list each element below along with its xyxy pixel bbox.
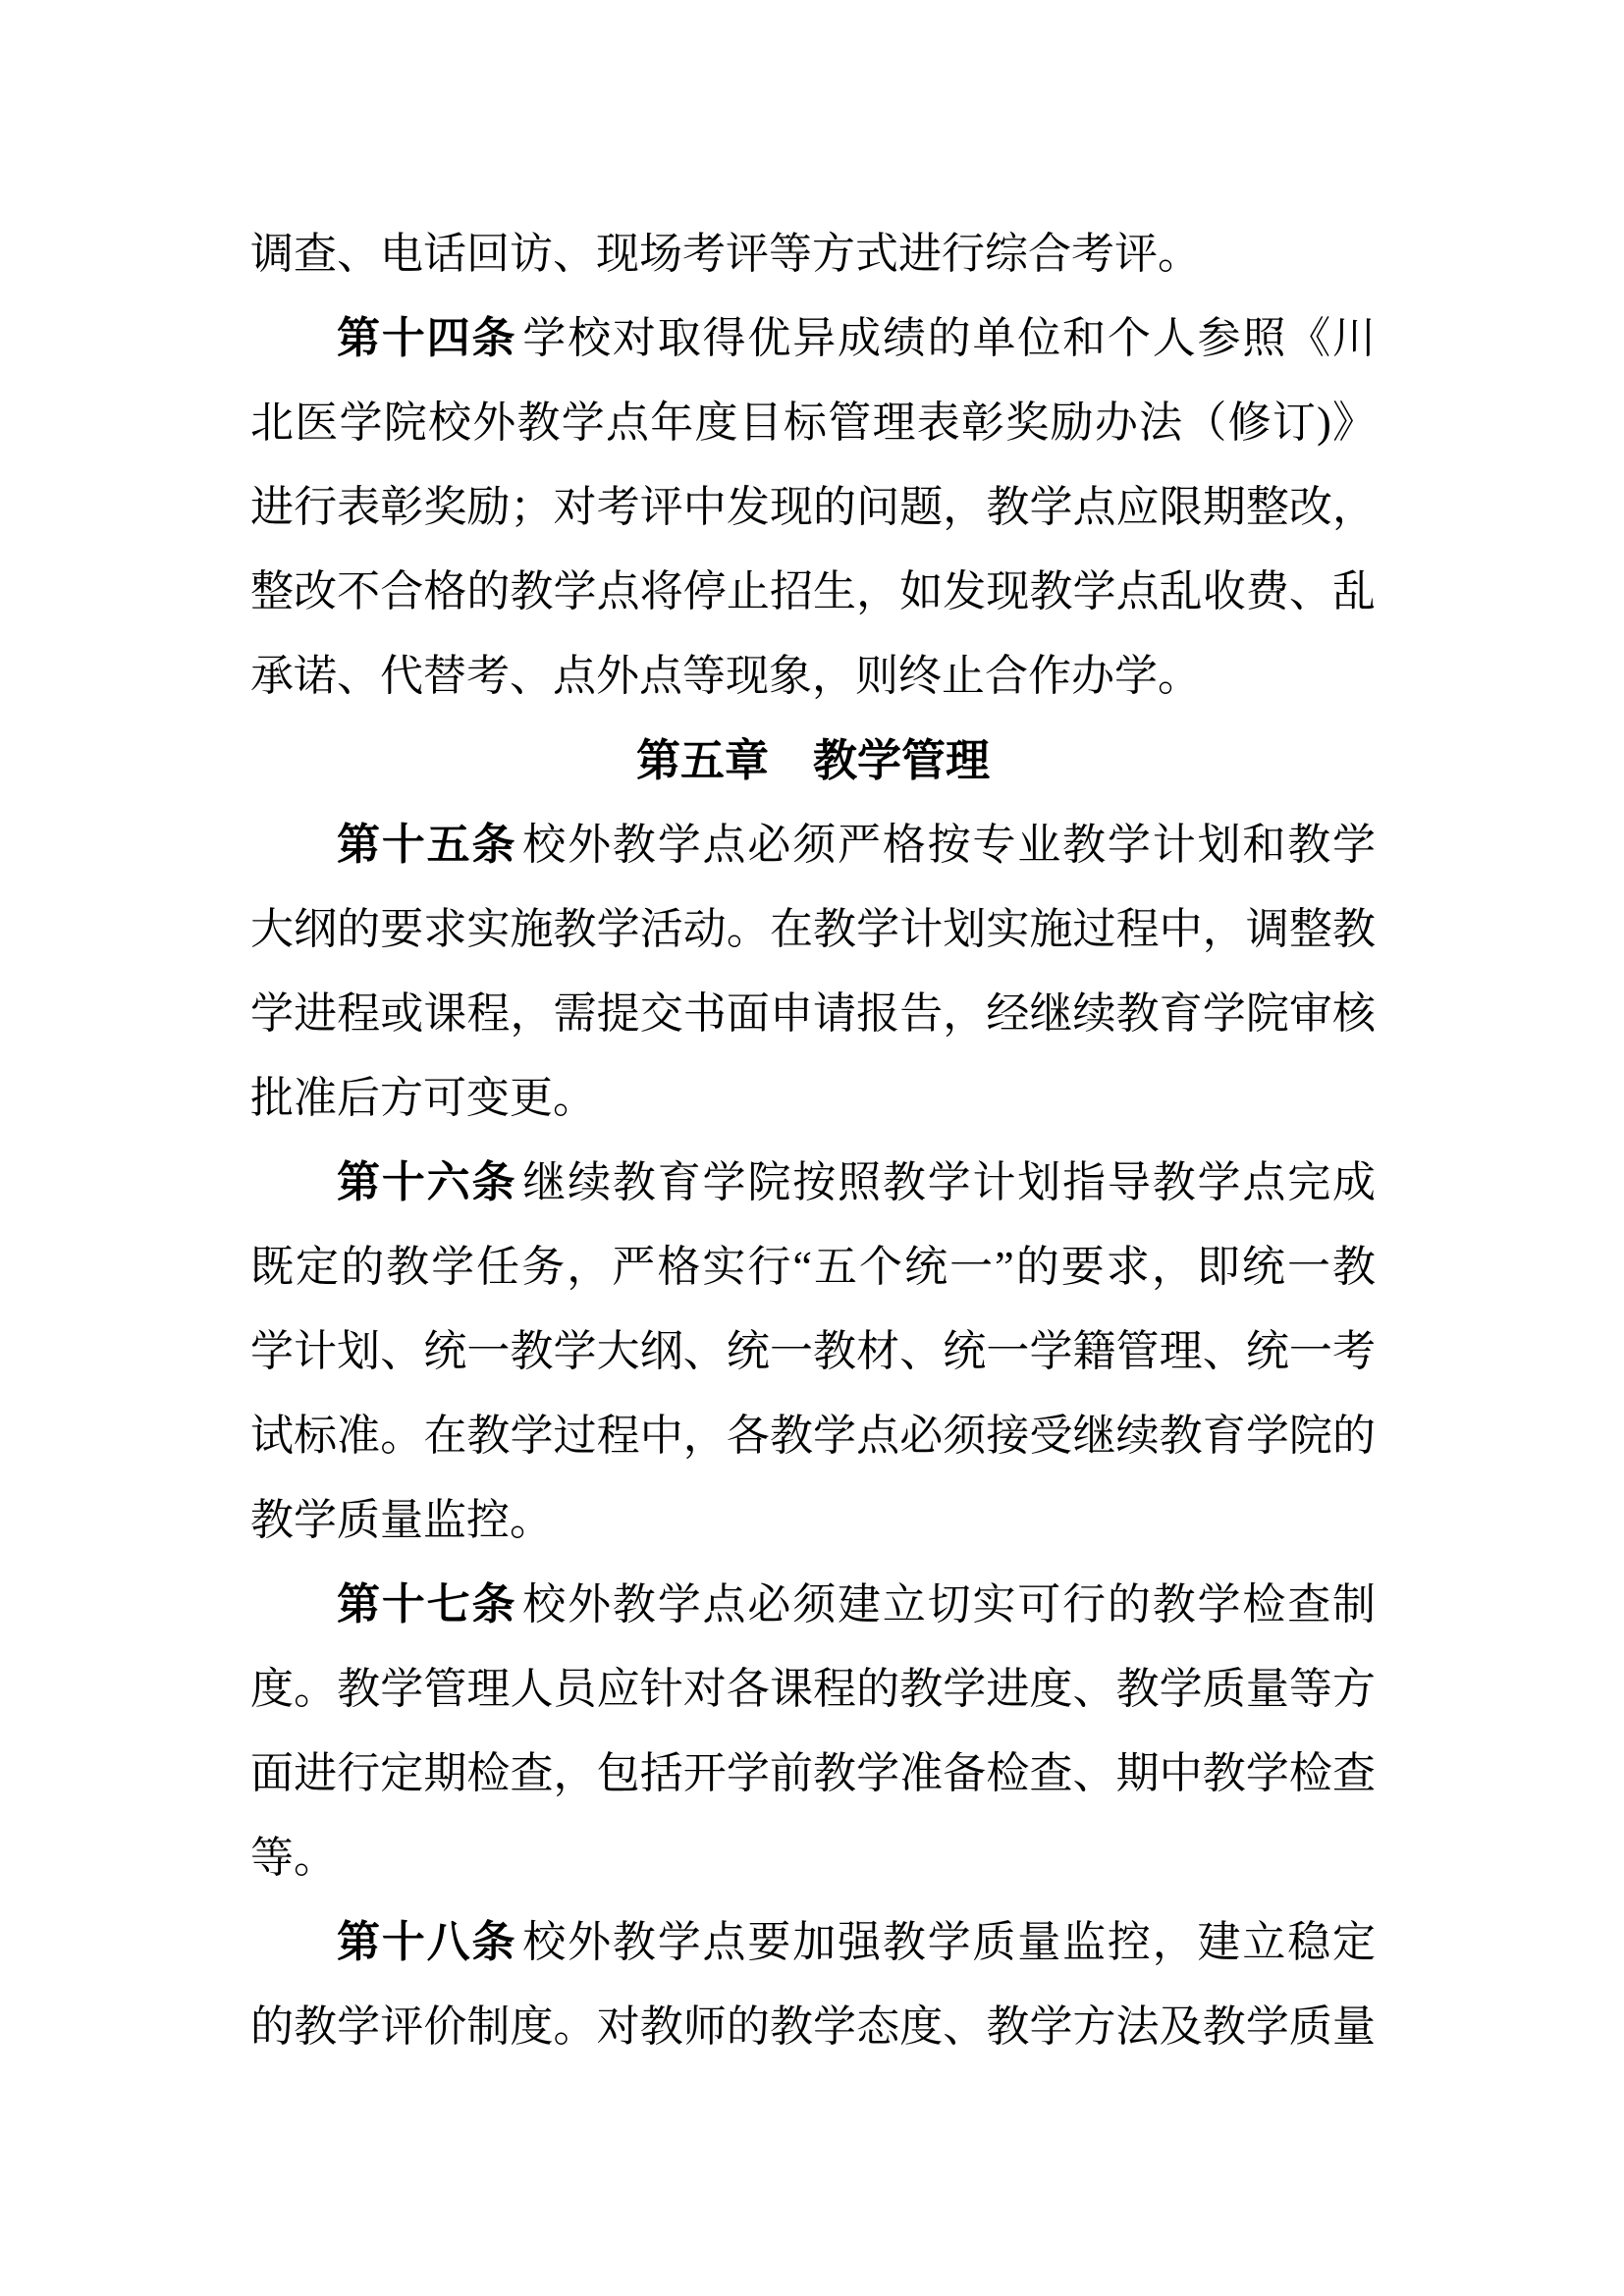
article-text: 校外教学点必须建立切实可行的教学检查制 [522, 1580, 1376, 1629]
text-line: 学进程或课程，需提交书面申请报告，经继续教育学院审核 [250, 972, 1376, 1056]
text-line: 调查、电话回访、现场考评等方式进行综合考评。 [250, 212, 1376, 296]
article-text: 学校对取得优异成绩的单位和个人参照《川 [522, 314, 1376, 362]
text-line: 度。教学管理人员应针对各课程的教学进度、教学质量等方 [250, 1647, 1376, 1732]
article-first-line: 第十四条学校对取得优异成绩的单位和个人参照《川 [250, 296, 1376, 381]
article-number-label: 第十八条 [337, 1918, 516, 1966]
text-line: 等。 [250, 1816, 1376, 1900]
article-text: 校外教学点要加强教学质量监控，建立稳定 [522, 1918, 1376, 1966]
text-line: 整改不合格的教学点将停止招生，如发现教学点乱收费、乱 [250, 550, 1376, 634]
article-first-line: 第十七条校外教学点必须建立切实可行的教学检查制 [250, 1563, 1376, 1647]
article-number-label: 第十六条 [337, 1158, 516, 1206]
article-text: 继续教育学院按照教学计划指导教学点完成 [522, 1158, 1376, 1206]
chapter-heading: 第五章 教学管理 [250, 719, 1376, 803]
article-number-label: 第十七条 [337, 1580, 516, 1629]
article-number-label: 第十五条 [337, 821, 516, 869]
article-text: 校外教学点必须严格按专业教学计划和教学 [522, 821, 1376, 869]
document-page: 调查、电话回访、现场考评等方式进行综合考评。第十四条学校对取得优异成绩的单位和个… [0, 0, 1624, 2296]
text-line: 既定的教学任务，严格实行“五个统一”的要求，即统一教 [250, 1225, 1376, 1309]
text-line: 进行表彰奖励；对考评中发现的问题，教学点应限期整改， [250, 465, 1376, 550]
text-line: 批准后方可变更。 [250, 1056, 1376, 1141]
text-line: 学计划、统一教学大纲、统一教材、统一学籍管理、统一考 [250, 1309, 1376, 1394]
article-first-line: 第十八条校外教学点要加强教学质量监控，建立稳定 [250, 1900, 1376, 1985]
text-line: 的教学评价制度。对教师的教学态度、教学方法及教学质量 [250, 1985, 1376, 2069]
text-line: 大纲的要求实施教学活动。在教学计划实施过程中，调整教 [250, 887, 1376, 972]
article-number-label: 第十四条 [337, 314, 516, 362]
text-line: 北医学院校外教学点年度目标管理表彰奖励办法（修订)》 [250, 381, 1376, 465]
text-line: 面进行定期检查，包括开学前教学准备检查、期中教学检查 [250, 1732, 1376, 1816]
text-line: 承诺、代替考、点外点等现象，则终止合作办学。 [250, 634, 1376, 719]
article-first-line: 第十六条继续教育学院按照教学计划指导教学点完成 [250, 1141, 1376, 1225]
document-content: 调查、电话回访、现场考评等方式进行综合考评。第十四条学校对取得优异成绩的单位和个… [250, 212, 1376, 2069]
text-line: 试标准。在教学过程中，各教学点必须接受继续教育学院的 [250, 1394, 1376, 1478]
text-line: 教学质量监控。 [250, 1478, 1376, 1563]
article-first-line: 第十五条校外教学点必须严格按专业教学计划和教学 [250, 803, 1376, 887]
